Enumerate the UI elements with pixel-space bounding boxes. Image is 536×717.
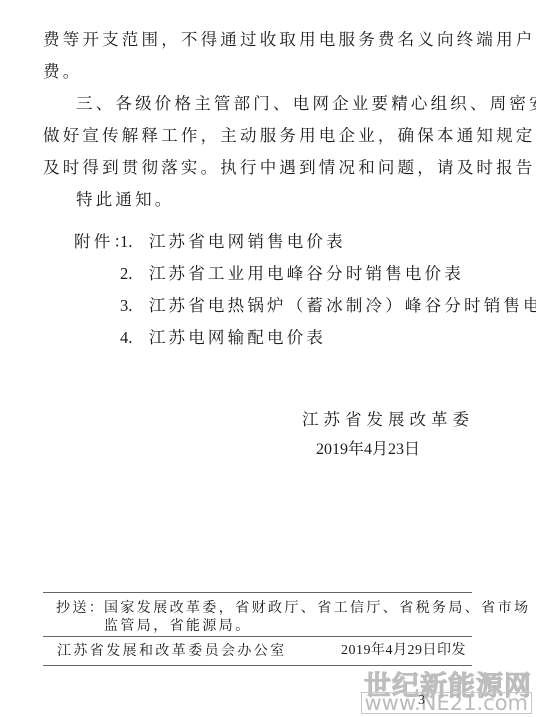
attachment-number: 4. [120,328,132,347]
issuing-office: 江苏省发展和改革委员会办公室 [57,642,287,660]
cc-label: 抄送： [56,599,105,617]
attachment-number: 3. [120,296,132,315]
attachment-title: 江苏电网输配电价表 [149,328,326,347]
body-paragraph-line: 三、各级价格主管部门、电网企业要精心组织、周密安排， [76,94,536,114]
issue-date: 2019年4月23日 [316,440,420,460]
body-paragraph-line: 做好宣传解释工作，主动服务用电企业，确保本通知规定的政策 [43,126,536,146]
attachment-number: 1. [120,232,132,251]
divider-rule [43,636,472,637]
watermark-url: www.NE21.com [361,692,533,714]
attachment-number: 2. [120,264,132,283]
closing-remark: 特此通知。 [76,190,175,210]
body-paragraph-line: 费等开支范围，不得通过收取用电服务费名义向终端用户重复收 [43,30,536,50]
cc-recipients-line: 国家发展改革委，省财政厅、省工信厅、省税务局、省市场 [104,599,530,617]
divider-rule [43,592,472,593]
page-number: 3 [418,693,425,709]
attachment-title: 江苏省电网销售电价表 [149,232,346,251]
body-paragraph-line: 费。 [43,62,82,82]
attachment-item: 3. 江苏省电热锅炉（蓄冰制冷）峰谷分时销售电价表 [120,296,536,316]
attachment-item: 1. 江苏省电网销售电价表 [120,232,346,252]
body-paragraph-line: 及时得到贯彻落实。执行中遇到情况和问题，请及时报告我委。 [43,158,536,178]
attachment-title: 江苏省工业用电峰谷分时销售电价表 [149,264,464,283]
attachment-title: 江苏省电热锅炉（蓄冰制冷）峰谷分时销售电价表 [149,296,536,315]
print-date: 2019年4月29日印发 [341,642,466,660]
issuer-name: 江苏省发展改革委 [302,410,474,430]
attachment-item: 4. 江苏电网输配电价表 [120,328,326,348]
cc-recipients-line: 监管局，省能源局。 [104,617,252,635]
attachment-item: 2. 江苏省工业用电峰谷分时销售电价表 [120,264,464,284]
